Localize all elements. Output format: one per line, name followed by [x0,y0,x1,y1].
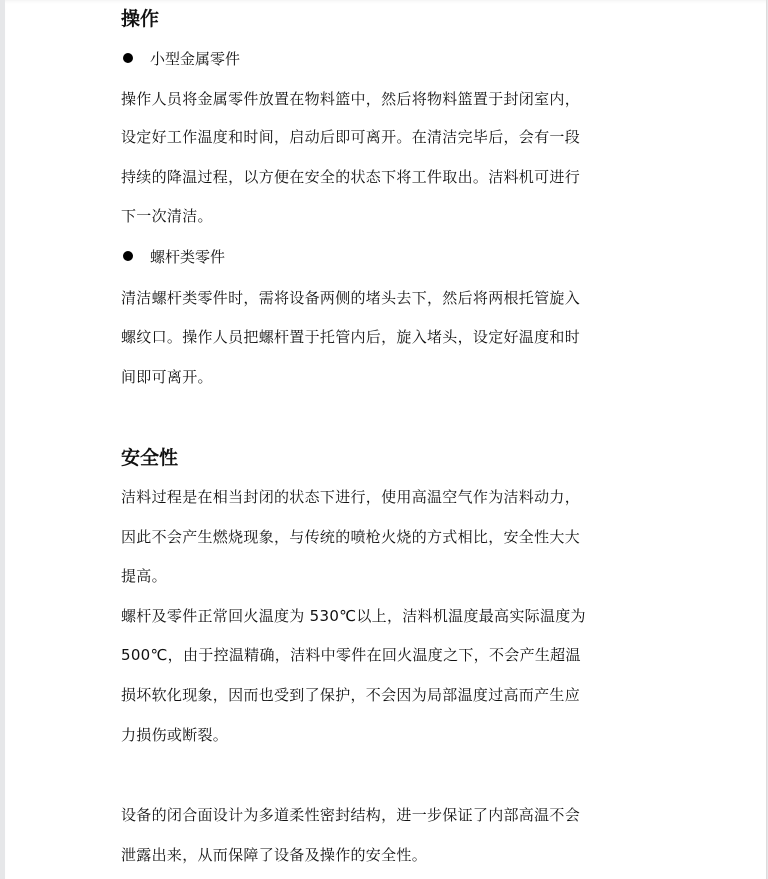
paragraph-line: 清洁螺杆类零件时，需将设备两侧的堵头去下，然后将两根托管旋入 [121,288,580,308]
paragraph-line: 螺纹口。操作人员把螺杆置于托管内后，旋入堵头，设定好温度和时 [121,327,580,347]
paragraph-line: 500℃，由于控温精确，洁料中零件在回火温度之下，不会产生超温 [121,645,581,665]
paragraph-line: 间即可离开。 [121,367,213,387]
section-heading-operation: 操作 [121,7,159,31]
section-heading-safety: 安全性 [121,446,178,470]
bullet-item-small-metal-parts: 小型金属零件 [121,49,240,69]
paragraph-line: 泄露出来，从而保障了设备及操作的安全性。 [121,845,427,865]
page-edge [766,0,767,879]
paragraph-line: 提高。 [121,566,167,586]
paragraph-line: 持续的降温过程，以方便在安全的状态下将工件取出。洁料机可进行 [121,167,580,187]
paragraph-line: 因此不会产生燃烧现象，与传统的喷枪火烧的方式相比，安全性大大 [121,527,580,547]
paragraph-line: 洁料过程是在相当封闭的状态下进行，使用高温空气作为洁料动力， [121,487,580,507]
bullet-icon [123,251,133,261]
bullet-item-screw-parts: 螺杆类零件 [121,247,225,267]
paragraph-line: 损坏软化现象，因而也受到了保护，不会因为局部温度过高而产生应 [121,685,580,705]
paragraph-line: 力损伤或断裂。 [121,725,228,745]
paragraph-line: 设备的闭合面设计为多道柔性密封结构，进一步保证了内部高温不会 [121,805,580,825]
paragraph-line: 设定好工作温度和时间，启动后即可离开。在清洁完毕后，会有一段 [121,127,580,147]
paragraph-line: 下一次清洁。 [121,206,213,226]
bullet-icon [123,53,133,63]
document-page: 操作 小型金属零件 操作人员将金属零件放置在物料篮中，然后将物料篮置于封闭室内，… [5,0,767,879]
paragraph-line: 螺杆及零件正常回火温度为 530℃以上，洁料机温度最高实际温度为 [121,606,586,626]
bullet-label: 螺杆类零件 [150,248,225,266]
paragraph-line: 操作人员将金属零件放置在物料篮中，然后将物料篮置于封闭室内， [121,89,580,109]
bullet-label: 小型金属零件 [150,50,240,68]
